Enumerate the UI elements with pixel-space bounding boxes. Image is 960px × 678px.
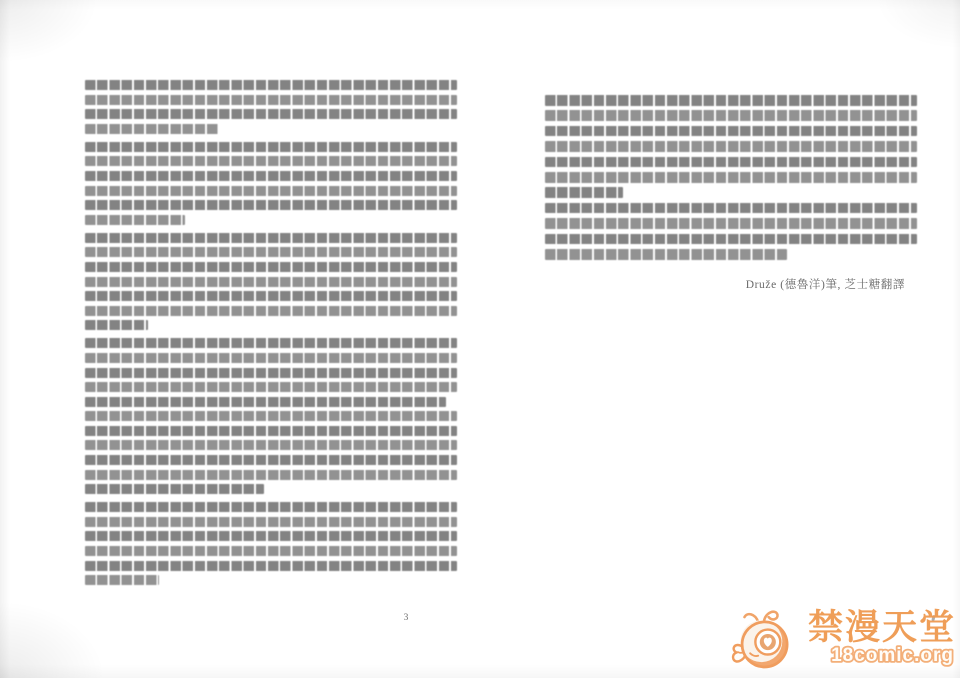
redacted-text-line <box>85 233 457 243</box>
redacted-paragraph <box>85 142 457 225</box>
redacted-text-line <box>545 203 917 214</box>
redacted-text-line <box>85 277 457 287</box>
watermark-site-name: 禁漫天堂 <box>808 610 956 645</box>
credit-line: Druže (德魯洋)筆, 芝士糖翻譯 <box>545 276 917 292</box>
jm-whale-mascot-icon <box>726 605 800 676</box>
redacted-text-line <box>545 249 787 260</box>
redacted-text-line <box>85 440 457 450</box>
redacted-text-line <box>85 455 457 465</box>
redacted-text-line <box>85 215 185 225</box>
redacted-text-line <box>85 411 457 421</box>
redacted-text-line <box>85 320 148 330</box>
redacted-text-line <box>85 397 446 407</box>
redacted-text-line <box>85 502 457 512</box>
redacted-text-line <box>85 109 457 119</box>
redacted-text-line <box>85 426 457 436</box>
redacted-text-line <box>85 575 159 585</box>
redacted-text-line <box>85 80 457 90</box>
left-page-text <box>85 80 457 593</box>
redacted-text-line <box>85 200 457 210</box>
redacted-text-line <box>85 546 457 556</box>
redacted-text-line <box>545 110 917 121</box>
redacted-text-line <box>545 234 917 245</box>
redacted-text-line <box>545 157 917 168</box>
watermark-domain: 18comic.org <box>804 643 956 671</box>
redacted-text-line <box>545 187 623 198</box>
redacted-text-line <box>85 338 457 348</box>
redacted-text-line <box>545 218 917 229</box>
redacted-text-line <box>85 531 457 541</box>
redacted-paragraph <box>85 502 457 585</box>
redacted-paragraph <box>85 338 457 494</box>
redacted-text-line <box>85 142 457 152</box>
redacted-paragraph <box>545 95 917 198</box>
redacted-text-line <box>85 561 457 571</box>
redacted-text-line <box>85 517 457 527</box>
redacted-text-line <box>85 484 264 494</box>
redacted-text-line <box>85 262 457 272</box>
redacted-text-line <box>85 368 457 378</box>
redacted-text-line <box>85 353 457 363</box>
redacted-text-line <box>85 291 457 301</box>
redacted-text-line <box>85 156 457 166</box>
redacted-text-line <box>85 247 457 257</box>
redacted-text-line <box>85 171 457 181</box>
redacted-text-line <box>85 186 457 196</box>
watermark-domain-text: 18comic.org <box>831 645 954 666</box>
redacted-text-line <box>85 470 457 480</box>
redacted-text-line <box>85 306 457 316</box>
redacted-text-line <box>545 95 917 106</box>
redacted-text-line <box>85 124 219 134</box>
redacted-paragraph <box>85 80 457 134</box>
redacted-text-line <box>545 126 917 137</box>
redacted-text-line <box>545 172 917 183</box>
redacted-paragraph <box>545 203 917 260</box>
redacted-paragraph <box>85 233 457 331</box>
page-number: 3 <box>398 613 414 623</box>
redacted-text-line <box>85 95 457 105</box>
redacted-text-line <box>85 382 457 392</box>
site-watermark: 禁漫天堂 18comic.org <box>726 605 956 676</box>
right-page-column: Druže (德魯洋)筆, 芝士糖翻譯 <box>545 95 917 292</box>
redacted-text-line <box>545 141 917 152</box>
right-page-text <box>545 95 917 260</box>
